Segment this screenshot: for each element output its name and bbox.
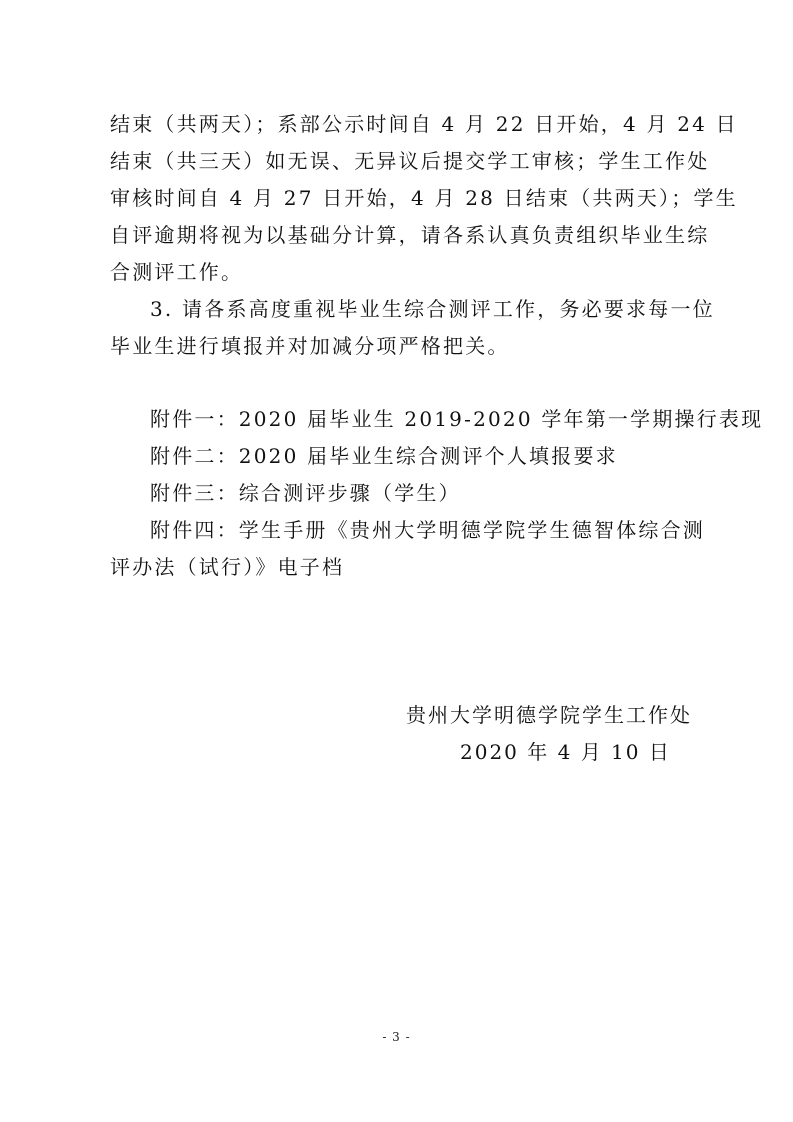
attachment-4-continued: 评办法（试行）》电子档 (110, 549, 684, 586)
attachment-4: 附件四：学生手册《贵州大学明德学院学生德智体综合测 (110, 512, 684, 549)
document-page: 结束（共两天）；系部公示时间自 4 月 22 日开始，4 月 24 日 结束（共… (0, 0, 793, 1122)
text-line: 自评逾期将视为以基础分计算，请各系认真负责组织毕业生综 (110, 217, 684, 254)
text-line: 毕业生进行填报并对加减分项严格把关。 (110, 328, 684, 365)
text-line: 审核时间自 4 月 27 日开始，4 月 28 日结束（共两天）；学生 (110, 180, 684, 217)
attachment-1: 附件一：2020 届毕业生 2019-2020 学年第一学期操行表现 (110, 401, 684, 438)
paragraph-continuation: 结束（共两天）；系部公示时间自 4 月 22 日开始，4 月 24 日 结束（共… (110, 106, 684, 291)
signature-organization: 贵州大学明德学院学生工作处 (406, 697, 692, 734)
text-line: 合测评工作。 (110, 254, 684, 291)
text-line: 结束（共两天）；系部公示时间自 4 月 22 日开始，4 月 24 日 (110, 106, 684, 143)
item-3-paragraph: 3. 请各系高度重视毕业生综合测评工作，务必要求每一位 毕业生进行填报并对加减分… (110, 291, 684, 365)
text-line: 结束（共三天）如无误、无异议后提交学工审核；学生工作处 (110, 143, 684, 180)
page-number: - 3 - (0, 1030, 793, 1044)
signature-date: 2020 年 4 月 10 日 (460, 734, 671, 771)
attachment-2: 附件二：2020 届毕业生综合测评个人填报要求 (110, 438, 684, 475)
attachment-3: 附件三：综合测评步骤（学生） (110, 475, 684, 512)
text-line: 3. 请各系高度重视毕业生综合测评工作，务必要求每一位 (110, 291, 684, 328)
attachments-list: 附件一：2020 届毕业生 2019-2020 学年第一学期操行表现 附件二：2… (110, 401, 684, 586)
